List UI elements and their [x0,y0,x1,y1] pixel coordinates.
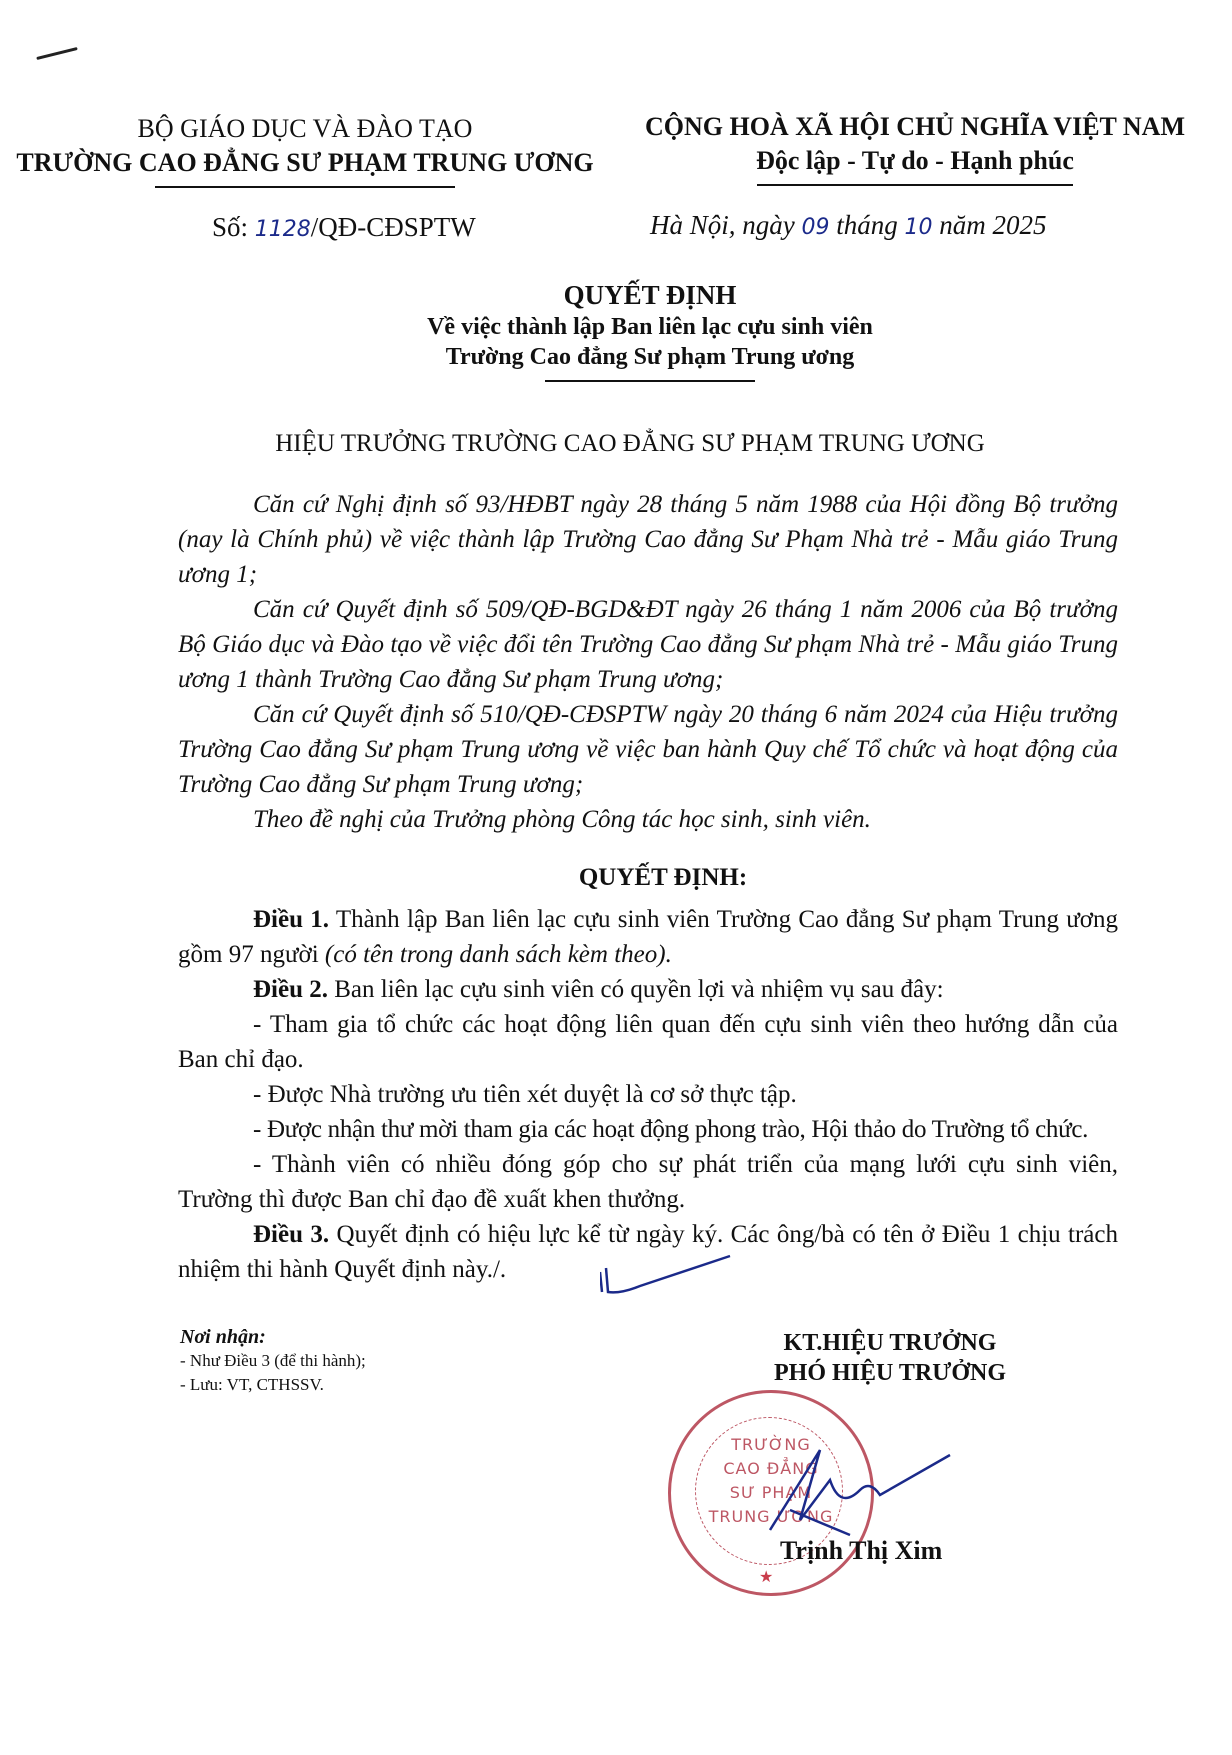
title-main: QUYẾT ĐỊNH [320,278,980,312]
republic-name: CỘNG HOÀ XÃ HỘI CHỦ NGHĨA VIỆT NAM [620,110,1210,144]
article-2: Điều 2. Ban liên lạc cựu sinh viên có qu… [178,972,1118,1007]
articles: Điều 1. Thành lập Ban liên lạc cựu sinh … [178,902,1118,1287]
motto-underline [757,184,1073,186]
pen-mark [36,47,77,60]
handwritten-day: 09 [802,215,830,240]
signer-title: PHÓ HIỆU TRƯỞNG [690,1358,1090,1388]
issuing-authority: BỘ GIÁO DỤC VÀ ĐÀO TẠO TRƯỜNG CAO ĐẲNG S… [10,112,600,188]
preamble: Căn cứ Nghị định số 93/HĐBT ngày 28 thán… [178,487,1118,837]
signer-capacity: KT.HIỆU TRƯỞNG [690,1328,1090,1358]
article-2-item: - Được Nhà trường ưu tiên xét duyệt là c… [178,1077,1118,1112]
legal-basis: Căn cứ Quyết định số 510/QĐ-CĐSPTW ngày … [178,697,1118,802]
legal-basis: Căn cứ Quyết định số 509/QĐ-BGD&ĐT ngày … [178,592,1118,697]
decision-heading: QUYẾT ĐỊNH: [178,864,1118,892]
handwritten-signature-icon [760,1440,960,1550]
handwritten-month: 10 [905,215,933,240]
star-icon: ★ [759,1567,773,1587]
header-underline [155,186,455,188]
title-underline [545,380,755,382]
ministry-name: BỘ GIÁO DỤC VÀ ĐÀO TẠO [10,112,600,146]
title-subject-2: Trường Cao đẳng Sư phạm Trung ương [320,342,980,372]
signature-block: KT.HIỆU TRƯỞNG PHÓ HIỆU TRƯỞNG [690,1328,1090,1388]
article-1: Điều 1. Thành lập Ban liên lạc cựu sinh … [178,902,1118,972]
article-2-item: - Được nhận thư mời tham gia các hoạt độ… [178,1112,1118,1147]
handwritten-number: 1128 [255,217,311,242]
signer-name: Trịnh Thị Xim [780,1536,942,1566]
initial-mark-icon [600,1248,740,1298]
recipient-item: - Lưu: VT, CTHSSV. [180,1373,366,1397]
article-2-item: - Tham gia tổ chức các hoạt động liên qu… [178,1007,1118,1077]
document-number: Số: 1128/QĐ-CĐSPTW [212,212,476,243]
legal-basis: Căn cứ Nghị định số 93/HĐBT ngày 28 thán… [178,487,1118,592]
motto: Độc lập - Tự do - Hạnh phúc [620,144,1210,178]
recipients-heading: Nơi nhận: [180,1325,366,1349]
title-subject-1: Về việc thành lập Ban liên lạc cựu sinh … [320,312,980,342]
issuer-heading: HIỆU TRƯỞNG TRƯỜNG CAO ĐẲNG SƯ PHẠM TRUN… [150,430,1110,458]
document-title: QUYẾT ĐỊNH Về việc thành lập Ban liên lạ… [320,278,980,382]
article-2-item: - Thành viên có nhiều đóng góp cho sự ph… [178,1147,1118,1217]
school-name: TRƯỜNG CAO ĐẲNG SƯ PHẠM TRUNG ƯƠNG [10,146,600,180]
recipient-item: - Như Điều 3 (để thi hành); [180,1349,366,1373]
document-date: Hà Nội, ngày 09 tháng 10 năm 2025 [650,210,1047,241]
national-header: CỘNG HOÀ XÃ HỘI CHỦ NGHĨA VIỆT NAM Độc l… [620,110,1210,186]
recipients: Nơi nhận: - Như Điều 3 (để thi hành); - … [180,1325,366,1397]
proposal-basis: Theo đề nghị của Trưởng phòng Công tác h… [178,802,1118,837]
